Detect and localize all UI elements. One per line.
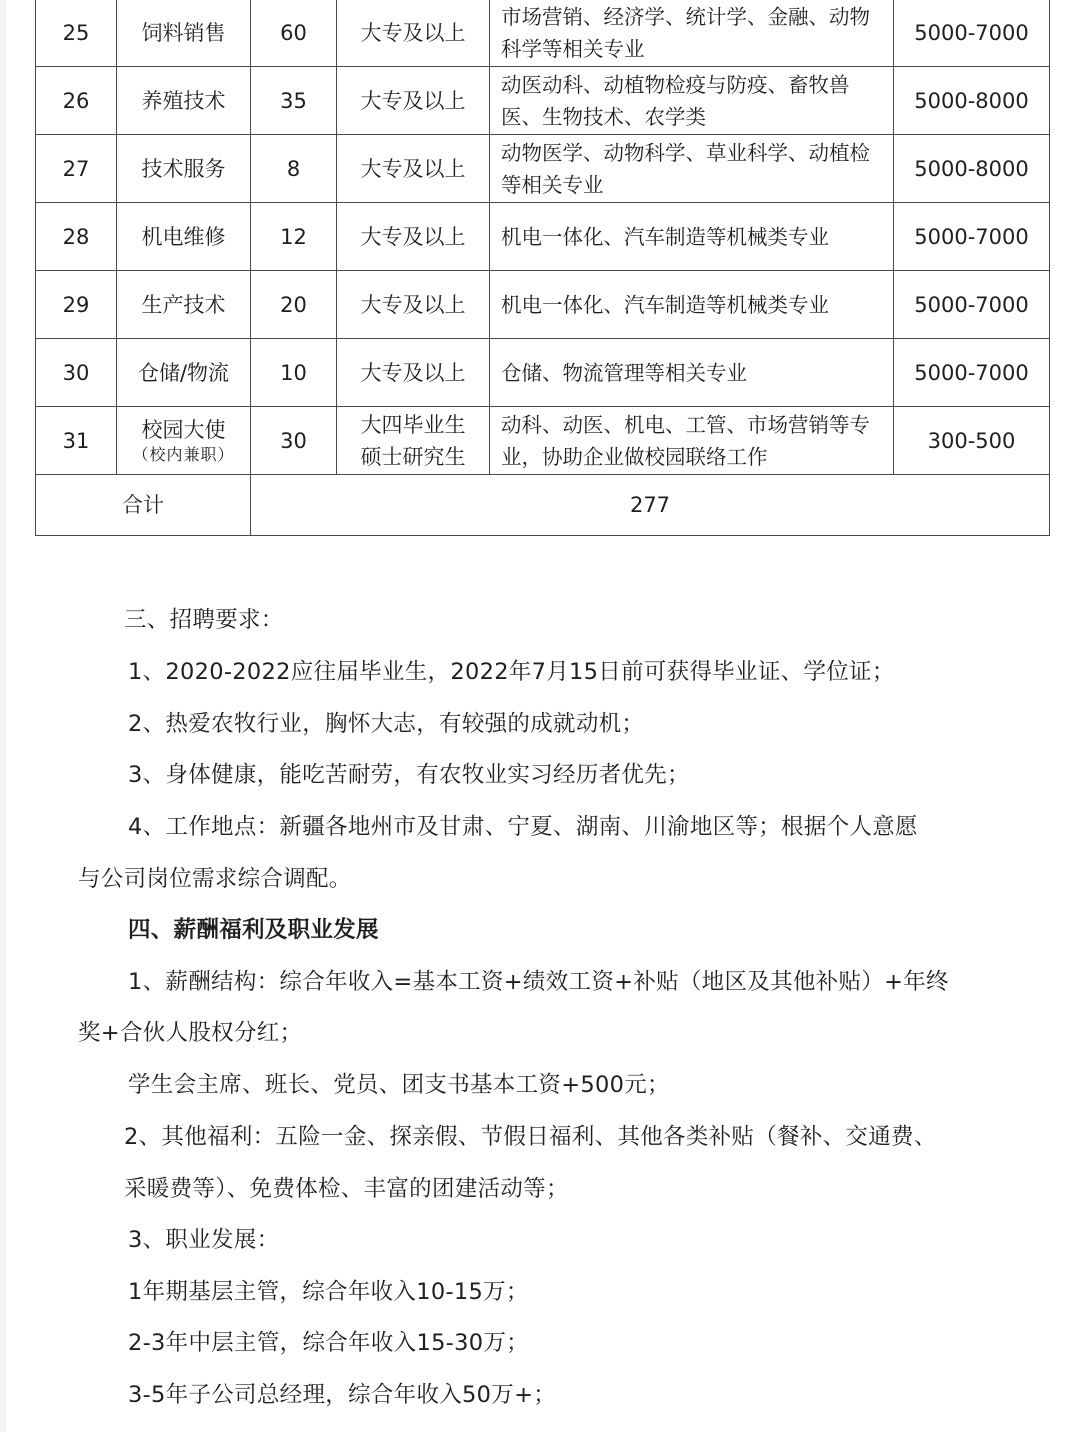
total-value: 277: [251, 475, 1050, 536]
requirement-item: 4、工作地点：新疆各地州市及甘肃、宁夏、湖南、川渝地区等；根据个人意愿: [128, 812, 918, 842]
education-requirement: 大专及以上: [337, 135, 490, 203]
career-item: 1年期基层主管，综合年收入10-15万；: [128, 1277, 529, 1307]
table-row: 31 校园大使 （校内兼职） 30 大四毕业生 硕士研究生 动科、动医、机电、工…: [36, 407, 1050, 475]
table-row: 28 机电维修 12 大专及以上 机电一体化、汽车制造等机械类专业 5000-7…: [36, 203, 1050, 271]
row-number: 27: [36, 135, 117, 203]
student-leader-bonus: 学生会主席、班长、党员、团支书基本工资+500元；: [128, 1070, 670, 1100]
row-number: 25: [36, 0, 117, 67]
education-requirement: 大四毕业生 硕士研究生: [337, 407, 490, 475]
career-item: 2-3年中层主管，综合年收入15-30万；: [128, 1328, 529, 1358]
table-row: 25 饲料销售 60 大专及以上 市场营销、经济学、统计学、金融、动物科学等相关…: [36, 0, 1050, 67]
total-row: 合计 277: [36, 475, 1050, 536]
headcount: 12: [251, 203, 337, 271]
job-positions-table: 25 饲料销售 60 大专及以上 市场营销、经济学、统计学、金融、动物科学等相关…: [35, 0, 1050, 536]
education-requirement: 大专及以上: [337, 67, 490, 135]
position-name: 生产技术: [117, 271, 251, 339]
salary-range: 5000-7000: [894, 339, 1050, 407]
education-requirement: 大专及以上: [337, 0, 490, 67]
requirement-item-continued: 与公司岗位需求综合调配。: [78, 864, 352, 894]
requirement-item: 1、2020-2022应往届毕业生，2022年7月15日前可获得毕业证、学位证；: [128, 657, 895, 687]
education-requirement: 大专及以上: [337, 203, 490, 271]
salary-range: 5000-7000: [894, 203, 1050, 271]
row-number: 30: [36, 339, 117, 407]
position-note: （校内兼职）: [117, 444, 250, 466]
other-benefits-continued: 采暖费等）、免费体检、丰富的团建活动等；: [124, 1174, 569, 1204]
major-requirement: 仓储、物流管理等相关专业: [490, 339, 894, 407]
salary-range: 5000-8000: [894, 67, 1050, 135]
education-line-1: 大四毕业生: [337, 409, 489, 441]
headcount: 20: [251, 271, 337, 339]
position-name: 仓储/物流: [117, 339, 251, 407]
education-line-2: 硕士研究生: [337, 441, 489, 473]
requirement-item: 3、身体健康，能吃苦耐劳，有农牧业实习经历者优先；: [128, 760, 690, 790]
page-edge: [0, 0, 6, 1432]
position-name: 技术服务: [117, 135, 251, 203]
major-requirement: 机电一体化、汽车制造等机械类专业: [490, 271, 894, 339]
section-heading-benefits: 四、薪酬福利及职业发展: [128, 915, 379, 945]
row-number: 26: [36, 67, 117, 135]
headcount: 35: [251, 67, 337, 135]
requirement-item: 2、热爱农牧行业，胸怀大志，有较强的成就动机；: [128, 709, 644, 739]
career-heading: 3、职业发展：: [128, 1225, 279, 1255]
headcount: 10: [251, 339, 337, 407]
salary-range: 5000-8000: [894, 135, 1050, 203]
education-requirement: 大专及以上: [337, 271, 490, 339]
position-name-main: 校园大使: [117, 416, 250, 444]
major-requirement: 动医动科、动植物检疫与防疫、畜牧兽医、生物技术、农学类: [490, 67, 894, 135]
position-name: 机电维修: [117, 203, 251, 271]
other-benefits: 2、其他福利：五险一金、探亲假、节假日福利、其他各类补贴（餐补、交通费、: [124, 1122, 937, 1152]
row-number: 29: [36, 271, 117, 339]
salary-structure-continued: 奖+合伙人股权分红；: [78, 1018, 302, 1048]
position-name: 校园大使 （校内兼职）: [117, 407, 251, 475]
salary-range: 5000-7000: [894, 271, 1050, 339]
table-row: 29 生产技术 20 大专及以上 机电一体化、汽车制造等机械类专业 5000-7…: [36, 271, 1050, 339]
table-row: 30 仓储/物流 10 大专及以上 仓储、物流管理等相关专业 5000-7000: [36, 339, 1050, 407]
major-requirement: 机电一体化、汽车制造等机械类专业: [490, 203, 894, 271]
major-requirement: 动物医学、动物科学、草业科学、动植检等相关专业: [490, 135, 894, 203]
education-requirement: 大专及以上: [337, 339, 490, 407]
table-row: 26 养殖技术 35 大专及以上 动医动科、动植物检疫与防疫、畜牧兽医、生物技术…: [36, 67, 1050, 135]
position-name: 饲料销售: [117, 0, 251, 67]
salary-range: 300-500: [894, 407, 1050, 475]
major-requirement: 动科、动医、机电、工管、市场营销等专业，协助企业做校园联络工作: [490, 407, 894, 475]
row-number: 31: [36, 407, 117, 475]
salary-structure: 1、薪酬结构：综合年收入=基本工资+绩效工资+补贴（地区及其他补贴）+年终: [128, 967, 949, 997]
headcount: 60: [251, 0, 337, 67]
section-heading-requirements: 三、招聘要求：: [124, 605, 284, 635]
career-item: 3-5年子公司总经理，综合年收入50万+；: [128, 1380, 556, 1410]
headcount: 30: [251, 407, 337, 475]
headcount: 8: [251, 135, 337, 203]
table-row: 27 技术服务 8 大专及以上 动物医学、动物科学、草业科学、动植检等相关专业 …: [36, 135, 1050, 203]
position-name: 养殖技术: [117, 67, 251, 135]
salary-range: 5000-7000: [894, 0, 1050, 67]
row-number: 28: [36, 203, 117, 271]
major-requirement: 市场营销、经济学、统计学、金融、动物科学等相关专业: [490, 0, 894, 67]
total-label: 合计: [36, 475, 251, 536]
